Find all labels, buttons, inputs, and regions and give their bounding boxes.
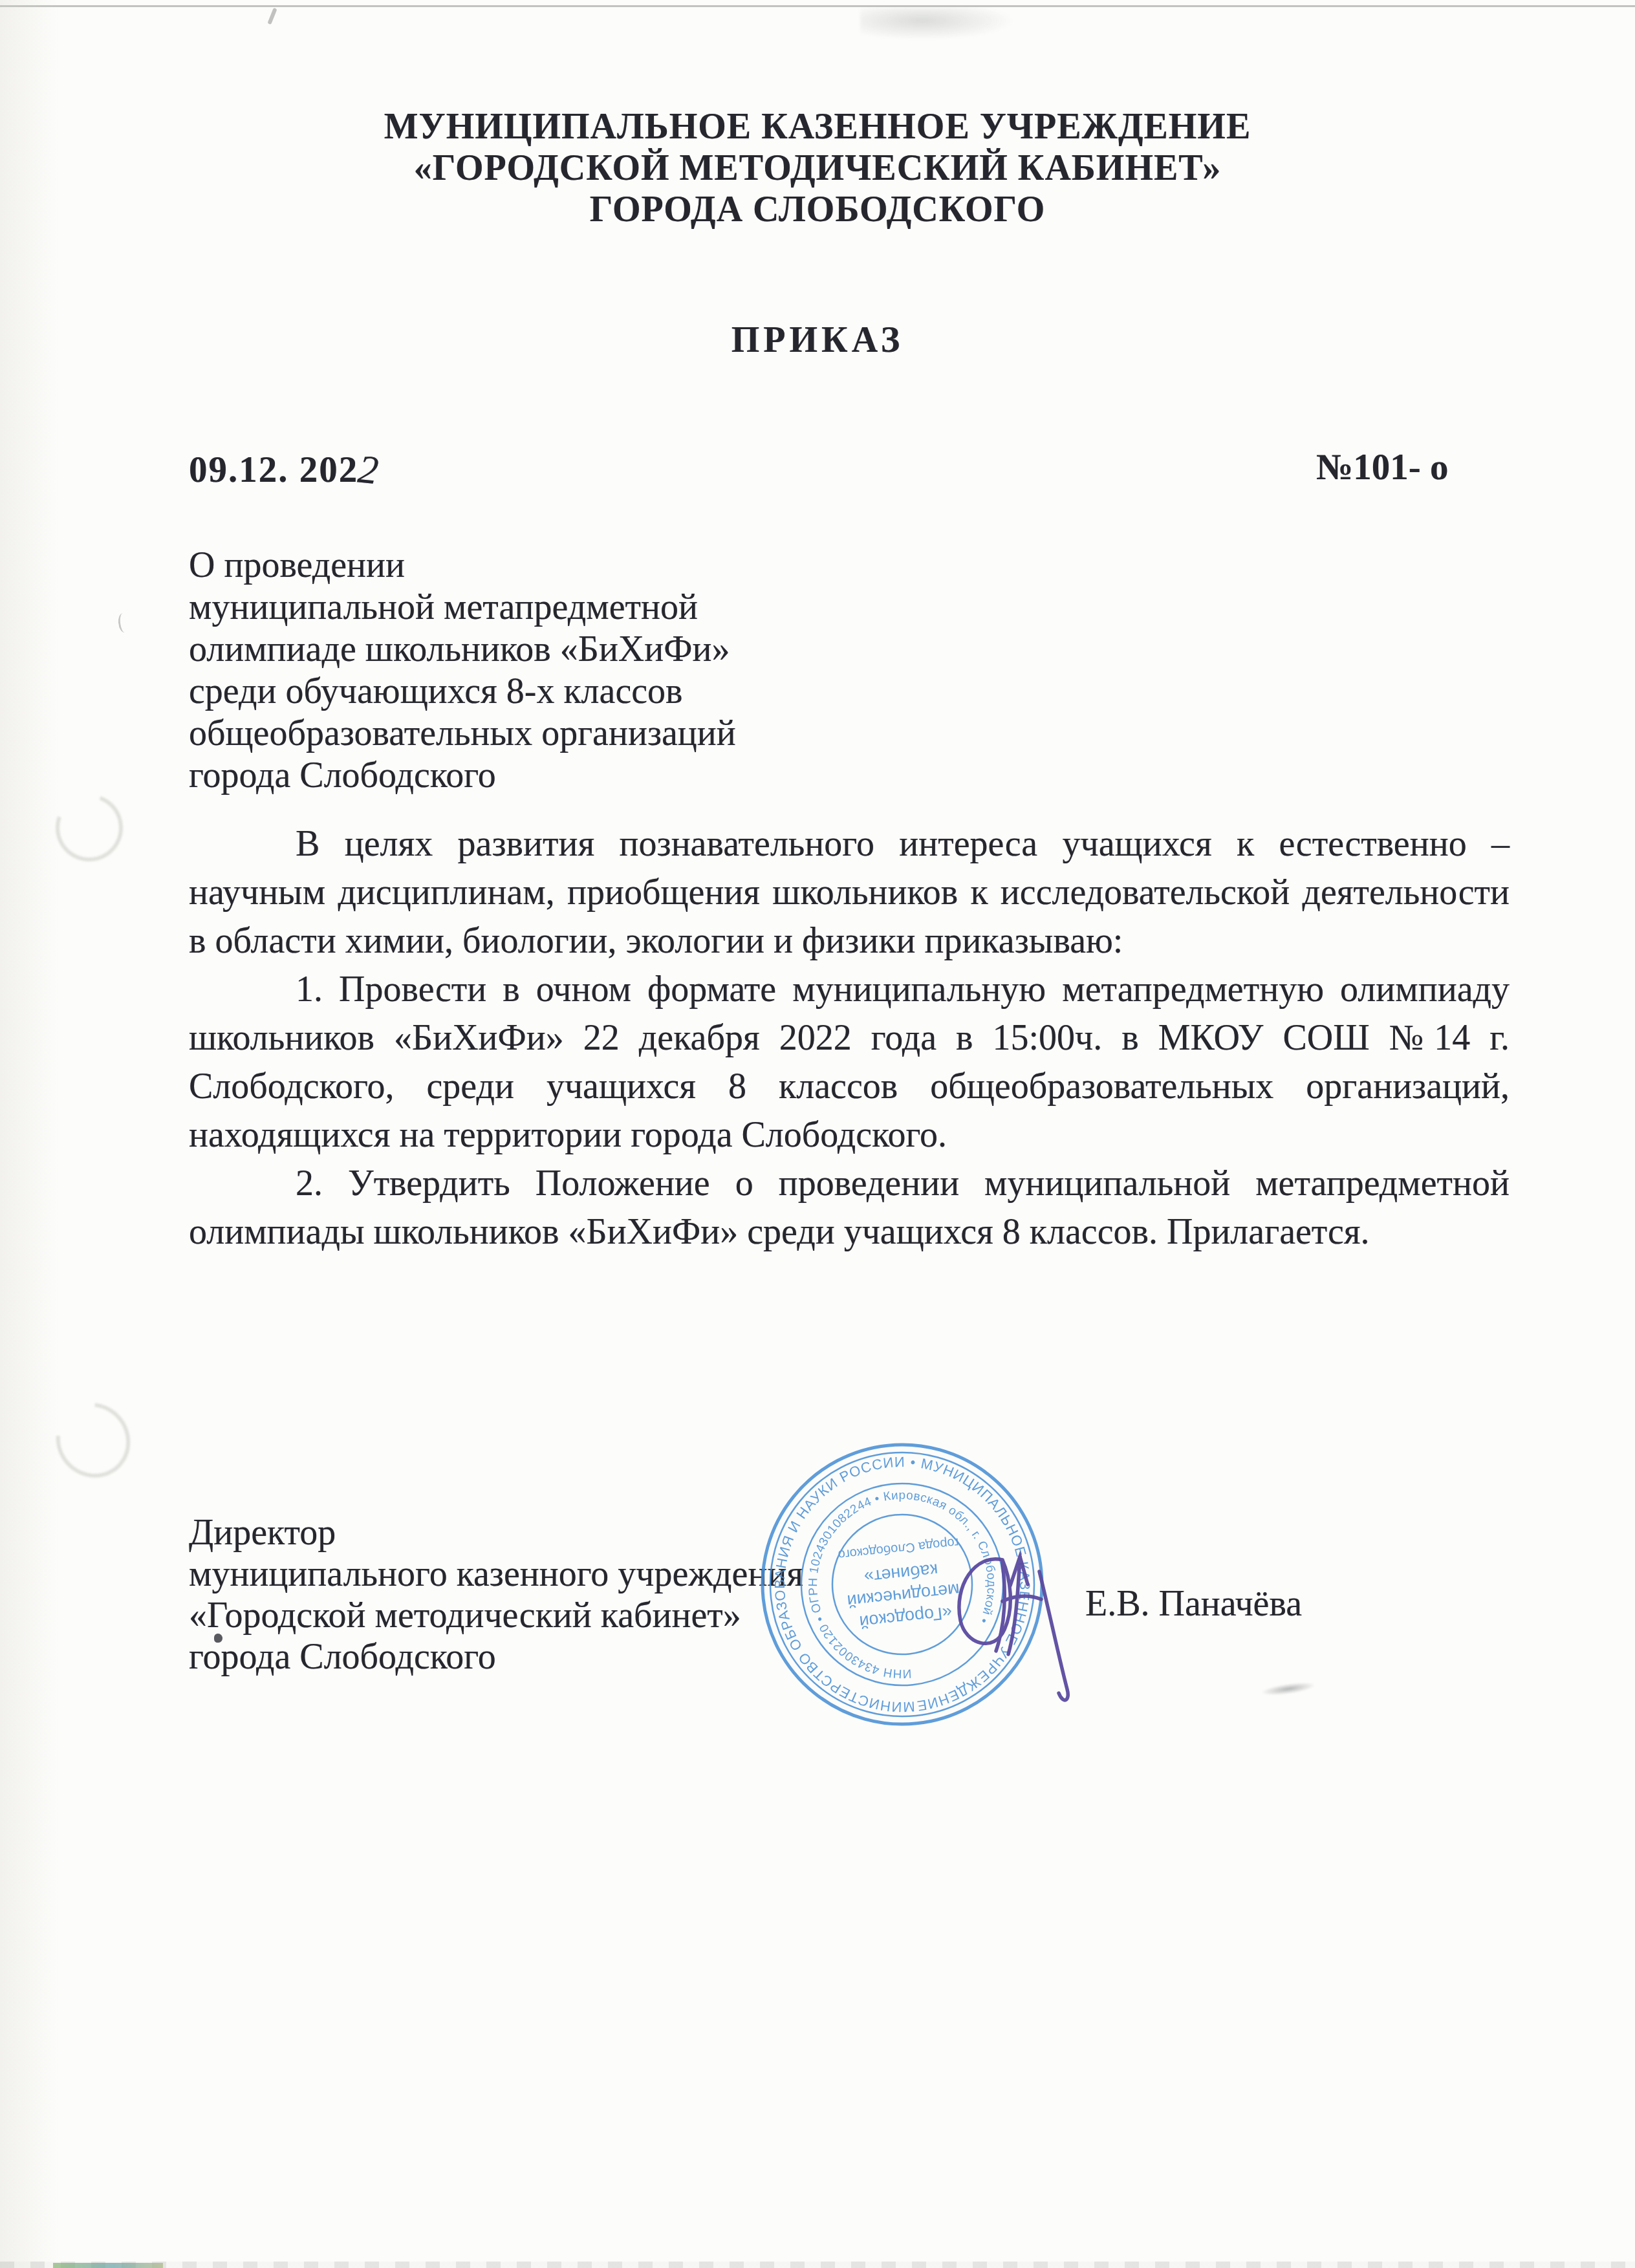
letterhead-line-3: ГОРОДА СЛОБОДСКОГО — [0, 189, 1635, 230]
order-number: №101- о — [1316, 446, 1449, 488]
subject-line: олимпиаде школьников «БиХиФи» — [189, 629, 965, 671]
document-title: ПРИКАЗ — [0, 319, 1635, 361]
letterhead-line-1: МУНИЦИПАЛЬНОЕ КАЗЕННОЕ УЧРЕЖДЕНИЕ — [0, 106, 1635, 147]
body-paragraph-item-1: 1. Провести в очном формате муниципальну… — [189, 966, 1510, 1160]
subject-line: среди обучающихся 8-х классов — [189, 671, 965, 713]
scan-bottom-color-strip — [53, 2263, 163, 2268]
order-date-handwritten-digit: 2 — [356, 446, 382, 494]
scan-bottom-edge — [0, 2262, 1635, 2268]
letterhead-line-2: «ГОРОДСКОЙ МЕТОДИЧЕСКИЙ КАБИНЕТ» — [0, 147, 1635, 189]
order-date: 09.12. 2022 — [189, 446, 380, 492]
scan-top-smudge — [860, 8, 1015, 40]
faint-smudge-dash — [1262, 1681, 1314, 1698]
scan-top-edge-line — [0, 5, 1635, 7]
order-subject: О проведении муниципальной метапредметно… — [189, 545, 965, 797]
faint-pen-mark — [117, 612, 130, 633]
subject-line: города Слободского — [189, 755, 965, 797]
subject-line: муниципальной метапредметной — [189, 587, 965, 629]
body-paragraph-item-2: 2. Утвердить Положение о проведении муни… — [189, 1160, 1510, 1257]
handwritten-signature — [905, 1474, 1138, 1733]
body-paragraph-preamble: В целях развития познавательного интерес… — [189, 820, 1510, 966]
subject-line: общеобразовательных организаций — [189, 713, 965, 755]
subject-line: О проведении — [189, 545, 965, 587]
scanned-order-page: МУНИЦИПАЛЬНОЕ КАЗЕННОЕ УЧРЕЖДЕНИЕ «ГОРОД… — [0, 0, 1635, 2268]
letterhead: МУНИЦИПАЛЬНОЕ КАЗЕННОЕ УЧРЕЖДЕНИЕ «ГОРОД… — [0, 106, 1635, 230]
order-body: В целях развития познавательного интерес… — [189, 820, 1510, 1257]
order-date-printed: 09.12. 202 — [189, 449, 358, 490]
scan-small-mark — [267, 8, 277, 25]
